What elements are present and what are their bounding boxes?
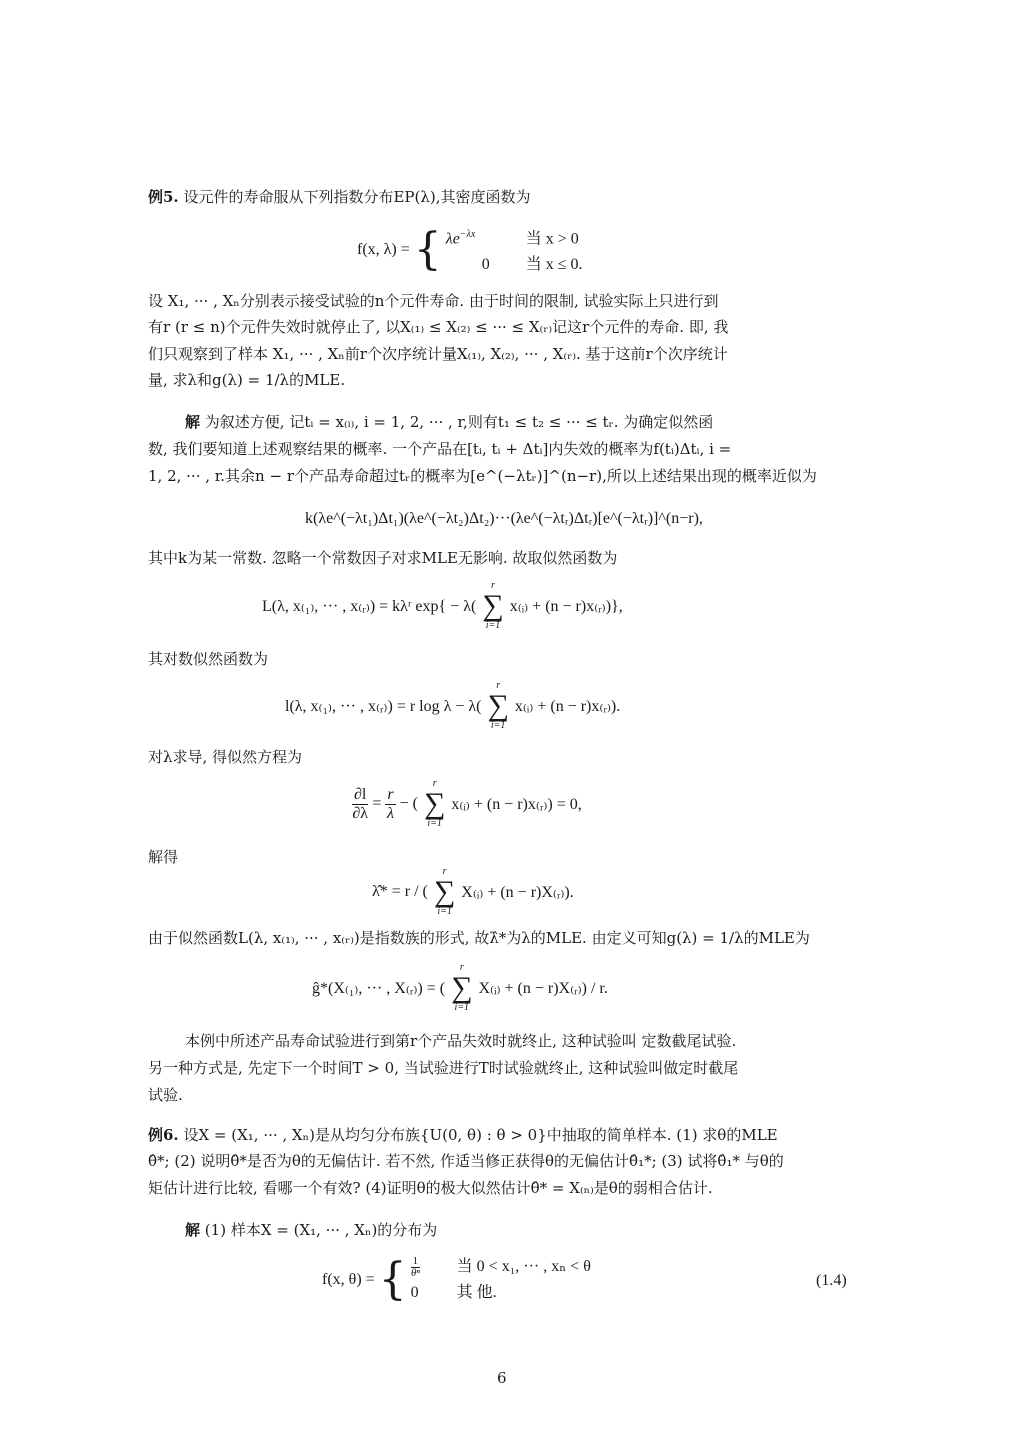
g-hat-equation: ĝ*(X₍₁₎, ··· , X₍ᵣ₎) = ( r∑i=1 X₍ᵢ₎ + (n… — [312, 962, 608, 1014]
example6-line-2: θ̂*; (2) 说明θ̂*是否为θ的无偏估计. 若不然, 作适当修正获得θ的无… — [148, 1152, 784, 1170]
remark-line-3: 试验. — [148, 1086, 183, 1104]
equation-number: (1.4) — [816, 1272, 847, 1290]
likelihood-derivative-equation: ∂l∂λ = rλ − ( r∑i=1 x₍ᵢ₎ + (n − r)x₍ᵣ₎) … — [352, 778, 582, 830]
summation: r∑i=1 — [451, 962, 472, 1014]
example5-title: 例5. — [148, 188, 179, 206]
constant-note: 其中k为某一常数. 忽略一个常数因子对求MLE无影响. 故取似然函数为 — [148, 549, 617, 567]
solution5-para-line-1: 解 为叙述方便, 记tᵢ = x₍ᵢ₎, i = 1, 2, ··· , r,则… — [185, 413, 713, 431]
remark-line-1: 本例中所述产品寿命试验进行到第r个产品失效时就终止, 这种试验叫 定数截尾试验. — [185, 1032, 736, 1050]
loglik-intro: 其对数似然函数为 — [148, 650, 268, 668]
derivative-intro: 对λ求导, 得似然方程为 — [148, 748, 302, 766]
example5-header: 例5. 设元件的寿命服从下列指数分布EP(λ),其密度函数为 — [148, 188, 530, 206]
document-page: 例5. 设元件的寿命服从下列指数分布EP(λ),其密度函数为 f(x, λ) =… — [0, 0, 1019, 1440]
solution5-para-line-3: 1, 2, ··· , r.其余n − r个产品寿命超过tᵣ的概率为[e^(−λ… — [148, 467, 817, 485]
example6-title: 例6. — [148, 1126, 179, 1144]
example5-intro: 设元件的寿命服从下列指数分布EP(λ),其密度函数为 — [183, 188, 530, 206]
example5-para-line-1: 设 X₁, ··· , Xₙ分别表示接受试验的n个元件寿命. 由于时间的限制, … — [148, 292, 719, 310]
summation: r∑i=1 — [434, 866, 455, 918]
solve-intro: 解得 — [148, 848, 178, 866]
likelihood-equation: L(λ, x₍₁₎, ··· , x₍ᵣ₎) = kλʳ exp{ − λ( r… — [262, 580, 623, 632]
summation: r∑i=1 — [482, 580, 503, 632]
example6-line-3: 矩估计进行比较, 看哪一个有效? (4)证明θ的极大似然估计θ̂* = X₍ₙ₎… — [148, 1179, 713, 1197]
summation: r∑i=1 — [424, 778, 445, 830]
solution5-para-line-2: 数, 我们要知道上述观察结果的概率. 一个产品在[tᵢ, tᵢ + Δtᵢ]内失… — [148, 440, 731, 458]
density-equation: f(x, λ) = { λe−λx当 x > 0 0当 x ≤ 0. — [357, 222, 583, 278]
loglik-equation: l(λ, x₍₁₎, ··· , x₍ᵣ₎) = r log λ − λ( r∑… — [285, 680, 620, 732]
lambda-hat-equation: λ̂* = r / ( r∑i=1 X₍ᵢ₎ + (n − r)X₍ᵣ₎). — [372, 866, 574, 918]
page-number: 6 — [497, 1369, 507, 1387]
example5-para-line-2: 有r (r ≤ n)个元件失效时就停止了, 以X₍₁₎ ≤ X₍₂₎ ≤ ···… — [148, 318, 728, 336]
exp-family-line: 由于似然函数L(λ, x₍₁₎, ··· , x₍ᵣ₎)是指数族的形式, 故λ̂… — [148, 929, 810, 947]
example5-para-line-4: 量, 求λ和g(λ) = 1/λ的MLE. — [148, 371, 345, 389]
solution6-intro: 解 (1) 样本X = (X₁, ··· , Xₙ)的分布为 — [185, 1221, 437, 1239]
example6-line-1: 例6. 设X = (X₁, ··· , Xₙ)是从均匀分布族{U(0, θ) :… — [148, 1126, 778, 1144]
remark-line-2: 另一种方式是, 先定下一个时间T > 0, 当试验进行T时试验就终止, 这种试验… — [148, 1059, 738, 1077]
probability-expression: k(λe^(−λt₁)Δt₁)(λe^(−λt₂)Δt₂)···(λe^(−λt… — [305, 510, 703, 528]
summation: r∑i=1 — [487, 680, 508, 732]
example5-para-line-3: 们只观察到了样本 X₁, ··· , Xₙ前r个次序统计量X₍₁₎, X₍₂₎,… — [148, 345, 728, 363]
uniform-density-equation: f(x, θ) = { 1θⁿ当 0 < x₁, ··· , xₙ < θ 0其… — [322, 1254, 591, 1306]
